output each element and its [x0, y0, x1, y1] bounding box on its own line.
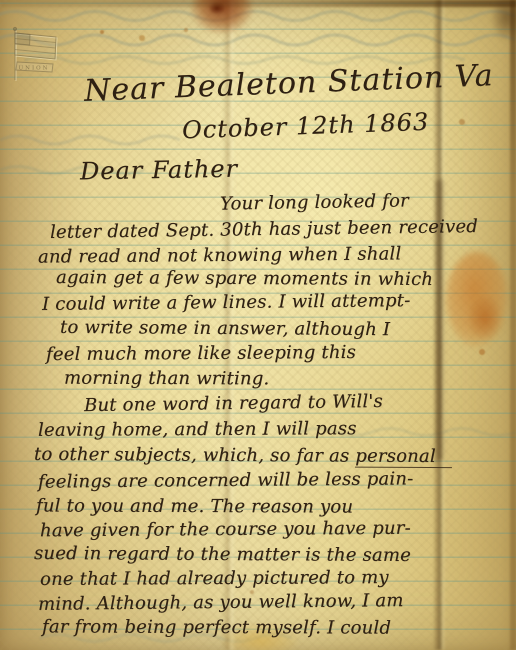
body-line: sued in regard to the matter is the same	[34, 543, 411, 566]
body-line: I could write a few lines. I will attemp…	[42, 290, 411, 315]
salutation: Dear Father	[80, 155, 238, 186]
rust-speckles	[100, 30, 104, 34]
body-line: But one word in regard to Will's	[84, 391, 383, 416]
body-line: ful to you and me. The reason you	[36, 495, 353, 517]
letter-page: UNION Near Bealeton Station Va October 1…	[0, 0, 516, 650]
underlined-word: personal	[355, 446, 452, 469]
darkened-right-edge	[510, 0, 516, 650]
body-line: mind. Although, as you well know, I am	[38, 590, 404, 615]
rust-stain-top	[190, 0, 254, 34]
body-line: morning than writing.	[64, 368, 269, 390]
body-line: Your long looked for	[220, 190, 409, 214]
embossed-flag-stamp: UNION	[6, 26, 70, 86]
body-line: feel much more like sleeping this	[46, 342, 356, 365]
rust-stain-right	[446, 252, 508, 347]
body-line: feelings are concerned will be less pain…	[38, 468, 414, 492]
body-line: have given for the course you have pur-	[40, 518, 411, 542]
heading-place: Near Bealeton Station Va	[83, 58, 494, 109]
body-line: letter dated Sept. 30th has just been re…	[50, 216, 478, 243]
body-line: one that I had already pictured to my	[40, 567, 389, 590]
body-line: to write some in answer, although I	[60, 317, 390, 340]
stamp-ribbon-label: UNION	[19, 66, 50, 72]
darkened-top-right-corner	[492, 0, 516, 40]
rust-stain-top-core	[209, 2, 225, 14]
body-line: to other subjects, which, so far as pers…	[34, 444, 452, 467]
body-line: far from being perfect myself. I could	[42, 616, 391, 638]
body-line: and read and not knowing when I shall	[38, 243, 402, 267]
body-line-text: to other subjects, which, so far as	[34, 444, 349, 467]
heading-date: October 12th 1863	[182, 108, 430, 145]
body-line: again get a few spare moments in which	[56, 267, 433, 290]
rust-stain-right-small	[468, 296, 502, 340]
darkened-top-edge	[0, 0, 516, 7]
body-line: leaving home, and then I will pass	[38, 418, 357, 441]
